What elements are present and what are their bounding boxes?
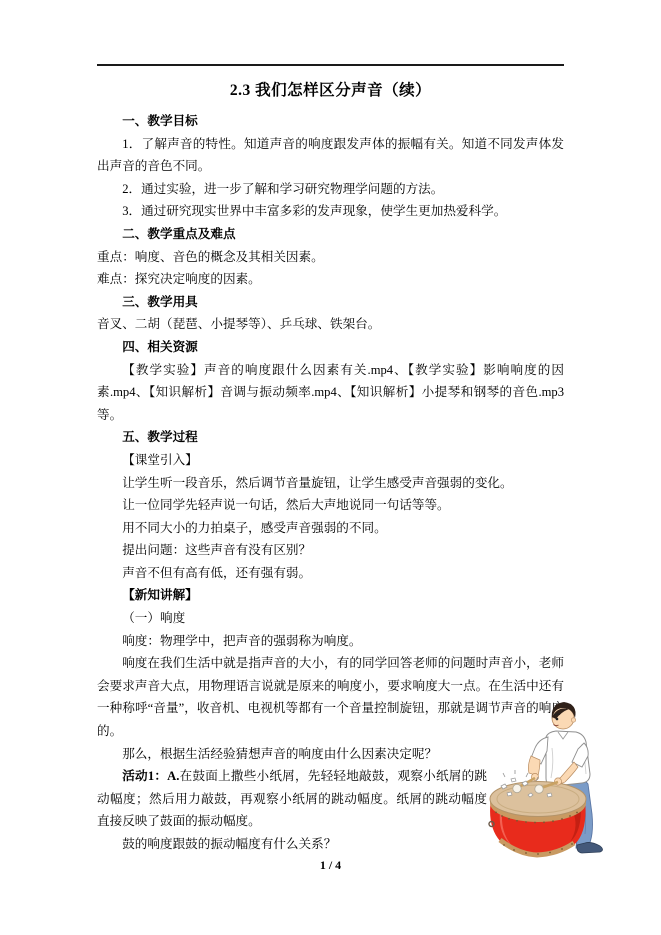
activity1-paragraph: 活动1：A.在鼓面上撒些小纸屑，先轻轻地敲鼓，观察小纸屑的跳动幅度；然后用力敲鼓… — [97, 765, 487, 833]
intro-paragraph-2: 让一位同学先轻声说一句话，然后大声地说同一句话等等。 — [97, 494, 564, 517]
objective-item-1: 1．了解声音的特性。知道声音的响度跟发声体的振幅有关。知道不同发声体发出声音的音… — [97, 133, 564, 178]
subheading-intro: 【课堂引入】 — [97, 449, 564, 472]
intro-paragraph-1: 让学生听一段音乐，然后调节音量旋钮，让学生感受声音强弱的变化。 — [97, 472, 564, 495]
activity1-question: 鼓的响度跟鼓的振动幅度有什么关系？ — [97, 833, 487, 856]
document-page: 2.3 我们怎样区分声音（续） 一、教学目标 1．了解声音的特性。知道声音的响度… — [0, 0, 661, 935]
difficulty-text: 难点：探究决定响度的因素。 — [97, 268, 564, 291]
intro-paragraph-5: 声音不但有高有低，还有强有弱。 — [97, 562, 564, 585]
objective-item-2: 2．通过实验，进一步了解和学习研究物理学问题的方法。 — [97, 178, 564, 201]
heading-objectives: 一、教学目标 — [97, 110, 564, 133]
objective-item-3: 3．通过研究现实世界中丰富多彩的发声现象，使学生更加热爱科学。 — [97, 200, 564, 223]
loudness-question-lead: 那么，根据生活经验猜想声音的响度由什么因素决定呢？ — [97, 743, 487, 766]
heading-process: 五、教学过程 — [97, 426, 564, 449]
heading-key-points: 二、教学重点及难点 — [97, 223, 564, 246]
tools-list: 音叉、二胡（琵琶、小提琴等）、乒乓球、铁架台。 — [97, 313, 564, 336]
loudness-definition: 响度：物理学中，把声音的强弱称为响度。 — [97, 630, 564, 653]
key-point-text: 重点：响度、音色的概念及其相关因素。 — [97, 246, 564, 269]
header-rule — [97, 64, 564, 66]
resources-text: 【教学实验】声音的响度跟什么因素有关.mp4、【教学实验】影响响度的因素.mp4… — [97, 359, 564, 427]
page-title: 2.3 我们怎样区分声音（续） — [97, 79, 564, 103]
drum-illustration-svg — [488, 696, 612, 860]
boy-beating-drum-illustration — [488, 696, 612, 860]
intro-paragraph-4: 提出问题：这些声音有没有区别？ — [97, 539, 564, 562]
intro-paragraph-3: 用不同大小的力拍桌子，感受声音强弱的不同。 — [97, 517, 564, 540]
activity1-label: 活动1：A. — [122, 769, 179, 783]
subheading-new-knowledge: 【新知讲解】 — [97, 584, 564, 607]
heading-resources: 四、相关资源 — [97, 336, 564, 359]
page-number: 1 / 4 — [0, 856, 661, 874]
subheading-loudness: （一）响度 — [97, 607, 564, 630]
heading-tools: 三、教学用具 — [97, 291, 564, 314]
